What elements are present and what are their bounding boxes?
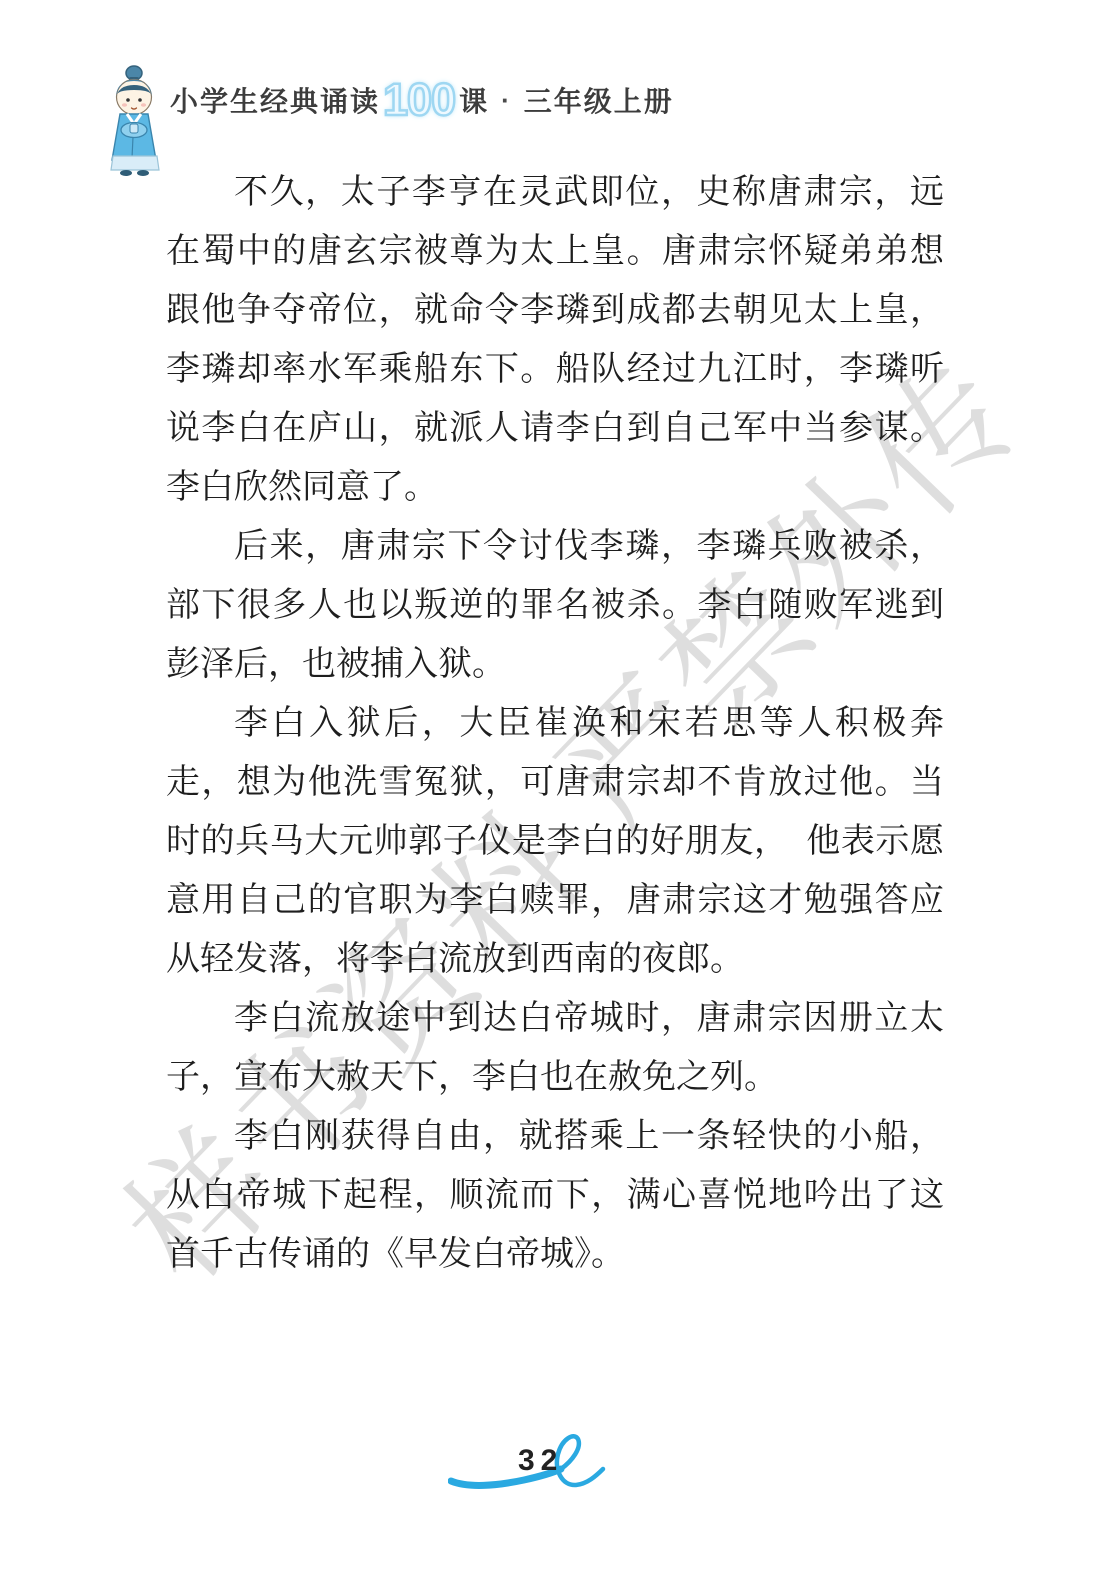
page-header: 小学生经典诵读 100 课 · 三年级上册 bbox=[170, 72, 674, 128]
book-page: { "header": { "series_prefix": "小学生经典诵读"… bbox=[0, 0, 1110, 1571]
series-number: 100 bbox=[383, 74, 455, 126]
boy-scholar-mascot-icon bbox=[100, 64, 170, 178]
series-title-prefix: 小学生经典诵读 bbox=[170, 80, 380, 120]
article-paragraph: 李白入狱后，大臣崔涣和宋若思等人积极奔走，想为他洗雪冤狱，可唐肃宗却不肯放过他。… bbox=[166, 694, 944, 989]
article-paragraph: 不久，太子李亨在灵武即位，史称唐肃宗，远在蜀中的唐玄宗被尊为太上皇。唐肃宗怀疑弟… bbox=[166, 163, 944, 517]
page-footer: 32 bbox=[448, 1432, 628, 1494]
title-separator-dot: · bbox=[501, 85, 512, 116]
article-paragraph: 李白流放途中到达白帝城时，唐肃宗因册立太子，宣布大赦天下，李白也在赦免之列。 bbox=[166, 989, 944, 1107]
article-paragraph: 后来，唐肃宗下令讨伐李璘，李璘兵败被杀，部下很多人也以叛逆的罪名被杀。李白随败军… bbox=[166, 517, 944, 694]
article-body: 不久，太子李亨在灵武即位，史称唐肃宗，远在蜀中的唐玄宗被尊为太上皇。唐肃宗怀疑弟… bbox=[166, 163, 944, 1284]
volume-label: 三年级上册 bbox=[524, 80, 674, 120]
page-number: 32 bbox=[518, 1444, 563, 1478]
series-title-suffix: 课 bbox=[459, 80, 489, 120]
article-paragraph: 李白刚获得自由，就搭乘上一条轻快的小船，从白帝城下起程，顺流而下，满心喜悦地吟出… bbox=[166, 1107, 944, 1284]
